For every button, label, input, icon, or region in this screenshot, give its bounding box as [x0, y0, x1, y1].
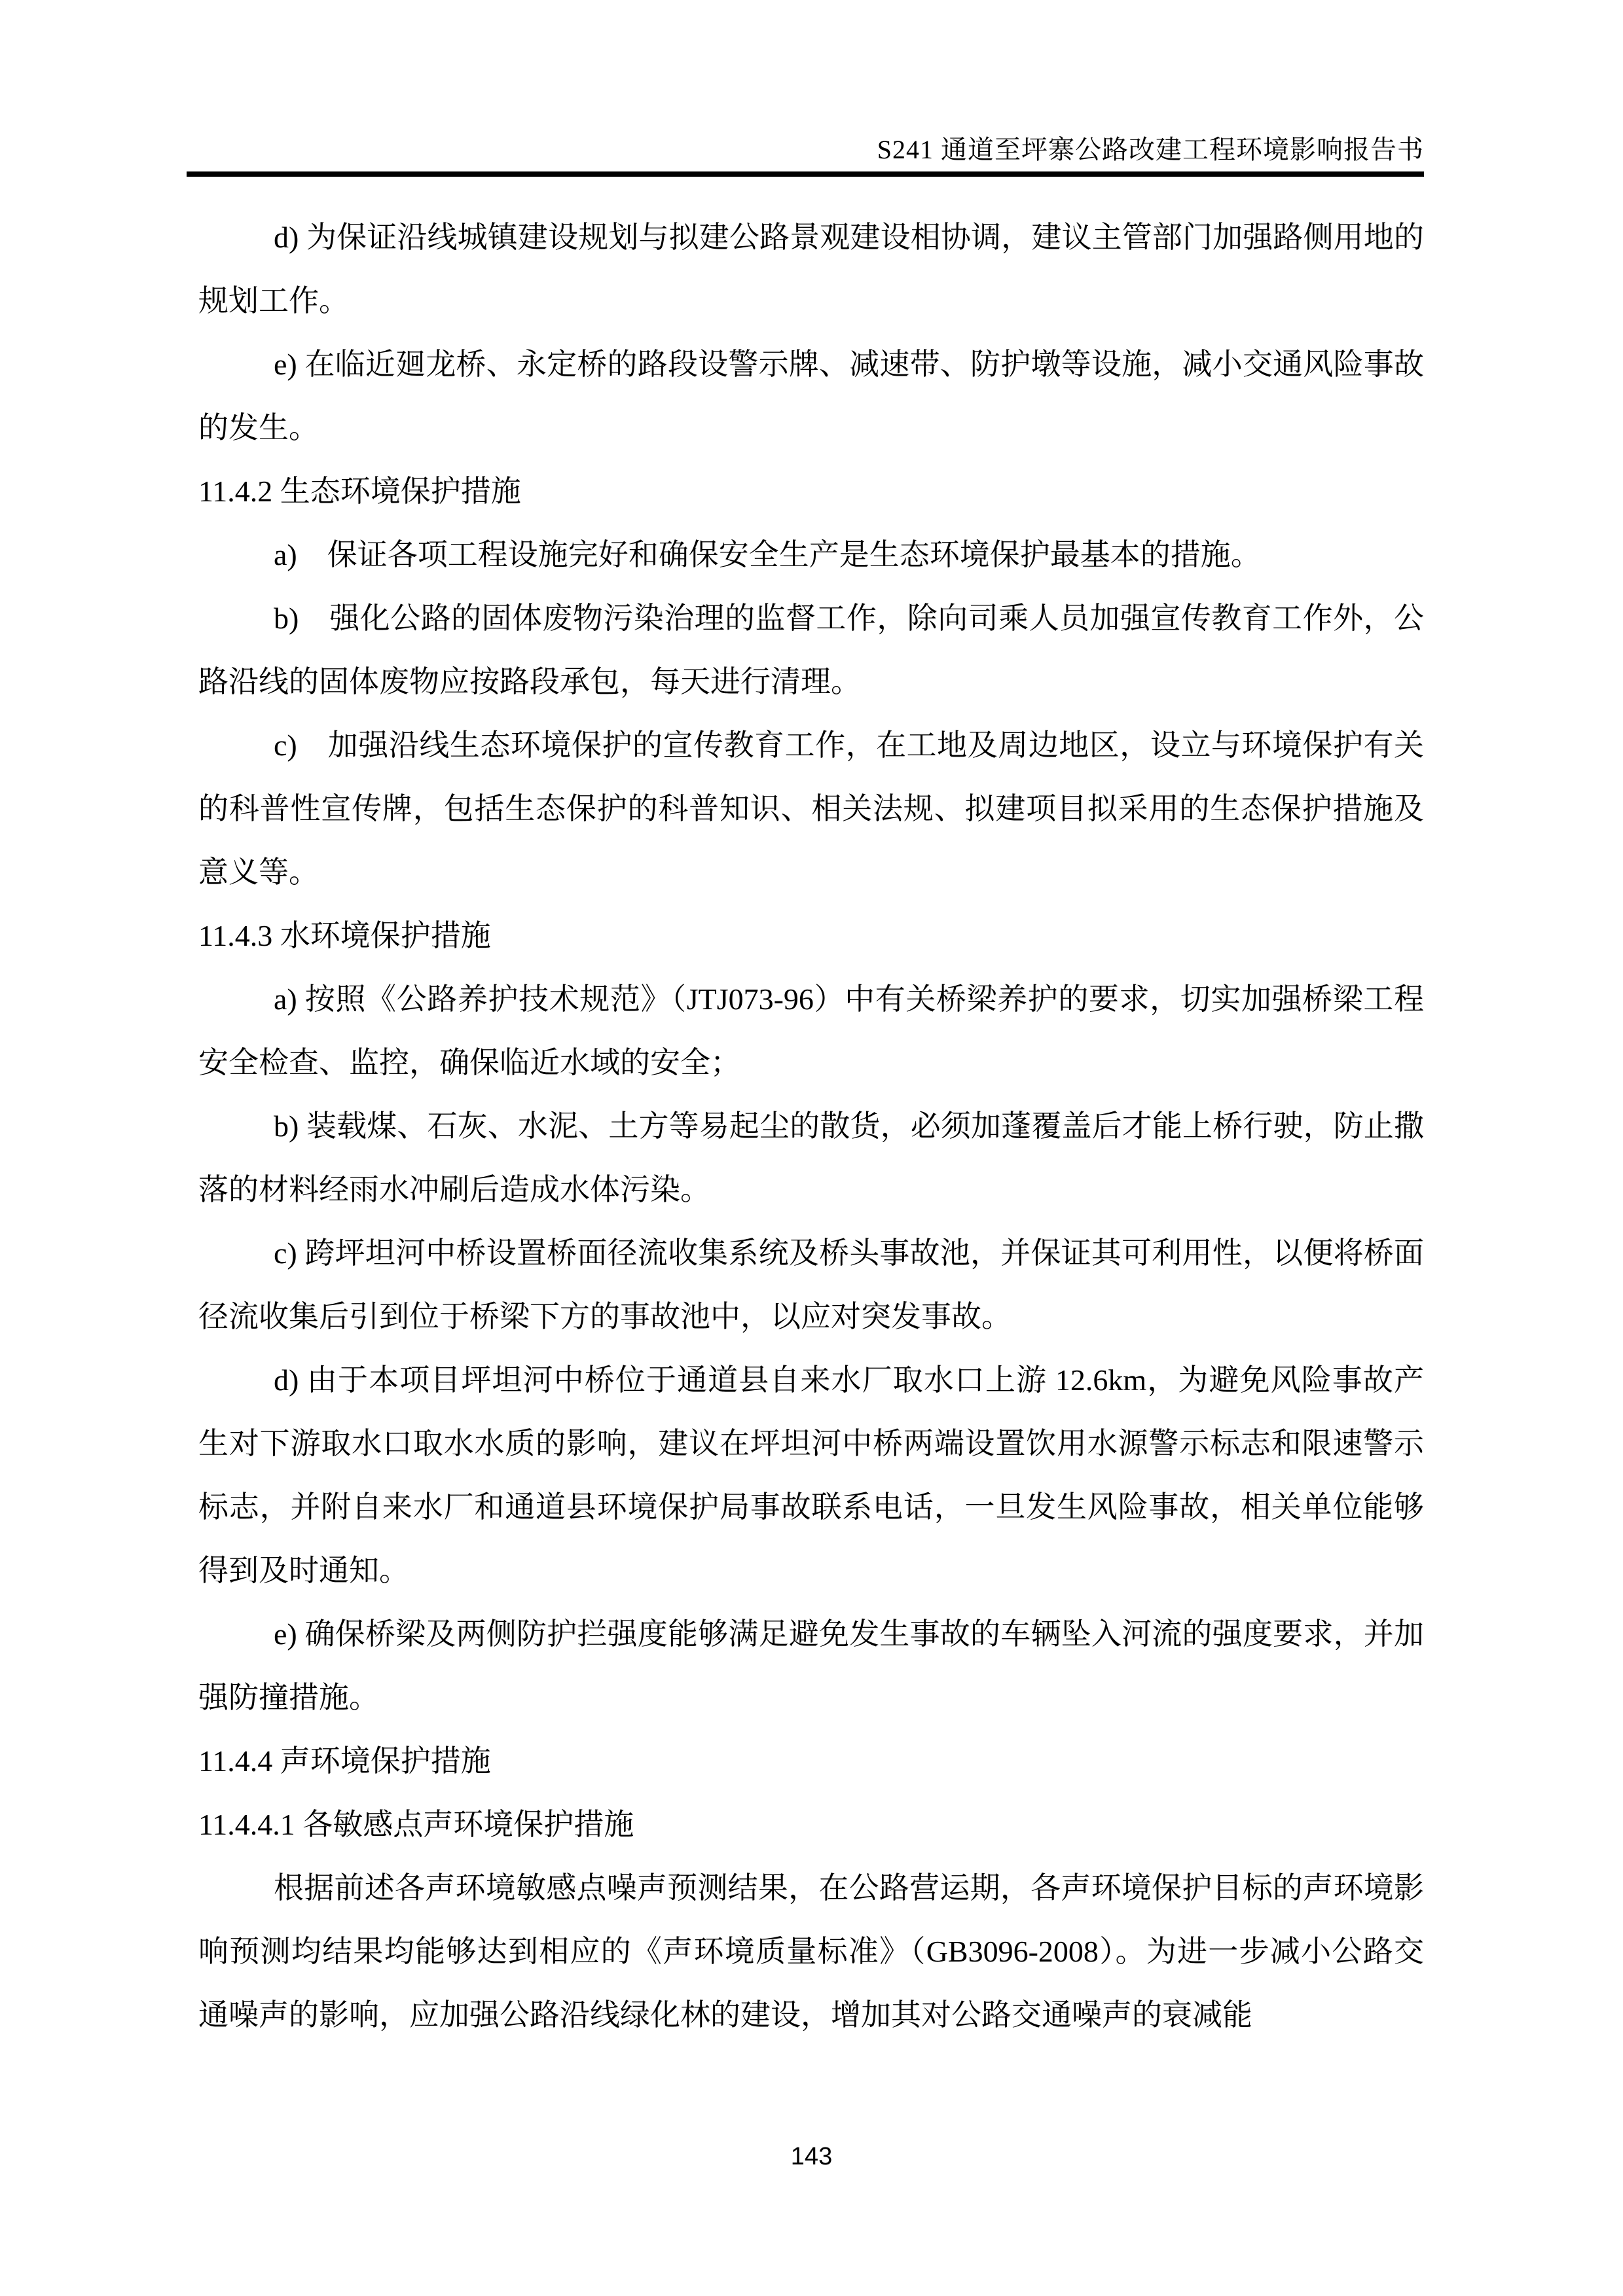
paragraph: c) 跨坪坦河中桥设置桥面径流收集系统及桥头事故池，并保证其可利用性，以便将桥面…	[198, 1221, 1424, 1348]
paragraph: c) 加强沿线生态环境保护的宣传教育工作，在工地及周边地区，设立与环境保护有关的…	[198, 713, 1424, 904]
paragraph: e) 在临近廻龙桥、永定桥的路段设警示牌、减速带、防护墩等设施，减小交通风险事故…	[198, 332, 1424, 459]
page-number: 143	[791, 2143, 832, 2170]
paragraph: b) 装载煤、石灰、水泥、土方等易起尘的散货，必须加蓬覆盖后才能上桥行驶，防止撒…	[198, 1094, 1424, 1221]
page-footer: 143	[0, 2140, 1623, 2173]
paragraph: a) 保证各项工程设施完好和确保安全生产是生态环境保护最基本的措施。	[198, 523, 1424, 586]
paragraph: d) 由于本项目坪坦河中桥位于通道县自来水厂取水口上游 12.6km，为避免风险…	[198, 1348, 1424, 1602]
section-heading: 11.4.2 生态环境保护措施	[198, 459, 1424, 523]
paragraph: a) 按照《公路养护技术规范》（JTJ073-96）中有关桥梁养护的要求，切实加…	[198, 967, 1424, 1094]
section-heading: 11.4.4 声环境保护措施	[198, 1729, 1424, 1793]
section-heading: 11.4.3 水环境保护措施	[198, 904, 1424, 967]
paragraph: d) 为保证沿线城镇建设规划与拟建公路景观建设相协调，建议主管部门加强路侧用地的…	[198, 206, 1424, 332]
document-page: S241 通道至坪寨公路改建工程环境影响报告书 d) 为保证沿线城镇建设规划与拟…	[0, 0, 1623, 2296]
section-heading: 11.4.4.1 各敏感点声环境保护措施	[198, 1793, 1424, 1856]
paragraph: b) 强化公路的固体废物污染治理的监督工作，除向司乘人员加强宣传教育工作外，公路…	[198, 586, 1424, 713]
header-rule	[187, 171, 1424, 177]
document-body: d) 为保证沿线城镇建设规划与拟建公路景观建设相协调，建议主管部门加强路侧用地的…	[198, 206, 1424, 2047]
paragraph: 根据前述各声环境敏感点噪声预测结果，在公路营运期，各声环境保护目标的声环境影响预…	[198, 1856, 1424, 2047]
header-title: S241 通道至坪寨公路改建工程环境影响报告书	[877, 135, 1424, 164]
page-header: S241 通道至坪寨公路改建工程环境影响报告书	[187, 132, 1424, 168]
paragraph: e) 确保桥梁及两侧防护拦强度能够满足避免发生事故的车辆坠入河流的强度要求，并加…	[198, 1602, 1424, 1729]
